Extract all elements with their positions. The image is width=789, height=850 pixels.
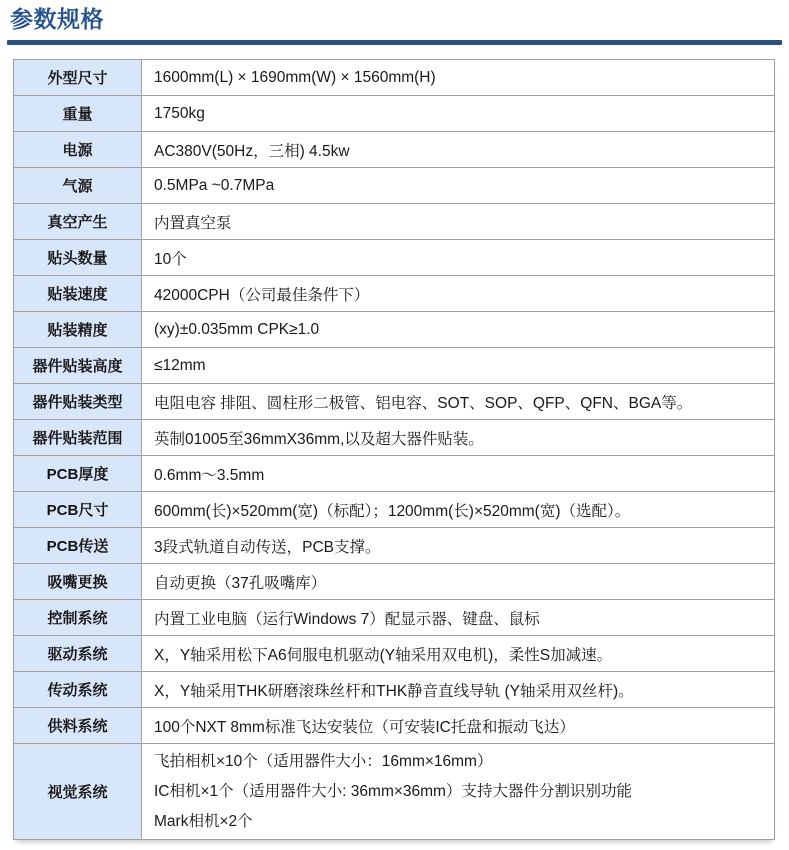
spec-value: 42000CPH（公司最佳条件下） — [142, 276, 775, 312]
spec-value: 电阻电容 排阻、圆柱形二极管、铝电容、SOT、SOP、QFP、QFN、BGA等。 — [142, 384, 775, 420]
spec-value: 自动更换（37孔吸嘴库） — [142, 564, 775, 600]
spec-label: 视觉系统 — [14, 744, 142, 840]
spec-table-body: 外型尺寸1600mm(L) × 1690mm(W) × 1560mm(H)重量1… — [14, 60, 775, 840]
spec-value: X，Y轴采用松下A6伺服电机驱动(Y轴采用双电机)，柔性S加减速。 — [142, 636, 775, 672]
spec-value-line: Mark相机×2个 — [154, 807, 764, 837]
spec-value: (xy)±0.035mm CPK≥1.0 — [142, 312, 775, 348]
spec-table-row: 吸嘴更换自动更换（37孔吸嘴库） — [14, 564, 775, 600]
spec-table-row: 贴装速度42000CPH（公司最佳条件下） — [14, 276, 775, 312]
title-underline — [7, 40, 782, 45]
spec-label: 传动系统 — [14, 672, 142, 708]
spec-label: 电源 — [14, 132, 142, 168]
spec-table-row: 器件贴装类型电阻电容 排阻、圆柱形二极管、铝电容、SOT、SOP、QFP、QFN… — [14, 384, 775, 420]
spec-value: 内置真空泵 — [142, 204, 775, 240]
spec-value: 0.6mm～3.5mm — [142, 456, 775, 492]
spec-table-row: 供料系统100个NXT 8mm标准飞达安装位（可安装IC托盘和振动飞达） — [14, 708, 775, 744]
spec-label: PCB尺寸 — [14, 492, 142, 528]
spec-value: 内置工业电脑（运行Windows 7）配显示器、键盘、鼠标 — [142, 600, 775, 636]
spec-page: 参数规格 外型尺寸1600mm(L) × 1690mm(W) × 1560mm(… — [0, 0, 789, 850]
spec-table-row: 控制系统内置工业电脑（运行Windows 7）配显示器、键盘、鼠标 — [14, 600, 775, 636]
spec-label: 贴装精度 — [14, 312, 142, 348]
spec-table-row: 真空产生内置真空泵 — [14, 204, 775, 240]
spec-label: 气源 — [14, 168, 142, 204]
spec-table-row: 贴装精度(xy)±0.035mm CPK≥1.0 — [14, 312, 775, 348]
spec-label: 驱动系统 — [14, 636, 142, 672]
spec-label: 吸嘴更换 — [14, 564, 142, 600]
spec-value: 100个NXT 8mm标准飞达安装位（可安装IC托盘和振动飞达） — [142, 708, 775, 744]
spec-label: 贴装速度 — [14, 276, 142, 312]
spec-label: 外型尺寸 — [14, 60, 142, 96]
spec-label: PCB传送 — [14, 528, 142, 564]
spec-value: 10个 — [142, 240, 775, 276]
spec-value-line: IC相机×1个（适用器件大小: 36mm×36mm）支持大器件分割识别功能 — [154, 777, 764, 807]
spec-value: 0.5MPa ~0.7MPa — [142, 168, 775, 204]
spec-label: 器件贴装类型 — [14, 384, 142, 420]
spec-table-row: PCB尺寸600mm(长)×520mm(宽)（标配）；1200mm(长)×520… — [14, 492, 775, 528]
spec-label: PCB厚度 — [14, 456, 142, 492]
spec-table-row: 电源AC380V(50Hz，三相) 4.5kw — [14, 132, 775, 168]
spec-value: 1600mm(L) × 1690mm(W) × 1560mm(H) — [142, 60, 775, 96]
spec-table: 外型尺寸1600mm(L) × 1690mm(W) × 1560mm(H)重量1… — [13, 59, 775, 840]
spec-label: 器件贴装高度 — [14, 348, 142, 384]
spec-value: 600mm(长)×520mm(宽)（标配）；1200mm(长)×520mm(宽)… — [142, 492, 775, 528]
spec-table-row: 器件贴装高度≤12mm — [14, 348, 775, 384]
spec-table-row: 气源0.5MPa ~0.7MPa — [14, 168, 775, 204]
spec-table-row: 重量1750kg — [14, 96, 775, 132]
spec-table-row: 外型尺寸1600mm(L) × 1690mm(W) × 1560mm(H) — [14, 60, 775, 96]
spec-value: X，Y轴采用THK研磨滚珠丝杆和THK静音直线导轨 (Y轴采用双丝杆)。 — [142, 672, 775, 708]
spec-value: ≤12mm — [142, 348, 775, 384]
spec-table-row: 视觉系统飞拍相机×10个（适用器件大小：16mm×16mm）IC相机×1个（适用… — [14, 744, 775, 840]
spec-table-row: 传动系统X，Y轴采用THK研磨滚珠丝杆和THK静音直线导轨 (Y轴采用双丝杆)。 — [14, 672, 775, 708]
spec-value-line: 飞拍相机×10个（适用器件大小：16mm×16mm） — [154, 747, 764, 777]
spec-value: 飞拍相机×10个（适用器件大小：16mm×16mm）IC相机×1个（适用器件大小… — [142, 744, 775, 840]
spec-table-row: 贴头数量10个 — [14, 240, 775, 276]
spec-table-row: PCB传送3段式轨道自动传送，PCB支撑。 — [14, 528, 775, 564]
spec-value: 3段式轨道自动传送，PCB支撑。 — [142, 528, 775, 564]
spec-label: 控制系统 — [14, 600, 142, 636]
spec-value: AC380V(50Hz，三相) 4.5kw — [142, 132, 775, 168]
spec-label: 重量 — [14, 96, 142, 132]
spec-label: 供料系统 — [14, 708, 142, 744]
page-title: 参数规格 — [0, 0, 789, 33]
spec-table-row: 器件贴装范围英制01005至36mmX36mm,以及超大器件贴装。 — [14, 420, 775, 456]
spec-label: 贴头数量 — [14, 240, 142, 276]
spec-table-row: 驱动系统X，Y轴采用松下A6伺服电机驱动(Y轴采用双电机)，柔性S加减速。 — [14, 636, 775, 672]
spec-value: 1750kg — [142, 96, 775, 132]
spec-label: 器件贴装范围 — [14, 420, 142, 456]
spec-table-row: PCB厚度0.6mm～3.5mm — [14, 456, 775, 492]
spec-value: 英制01005至36mmX36mm,以及超大器件贴装。 — [142, 420, 775, 456]
spec-label: 真空产生 — [14, 204, 142, 240]
